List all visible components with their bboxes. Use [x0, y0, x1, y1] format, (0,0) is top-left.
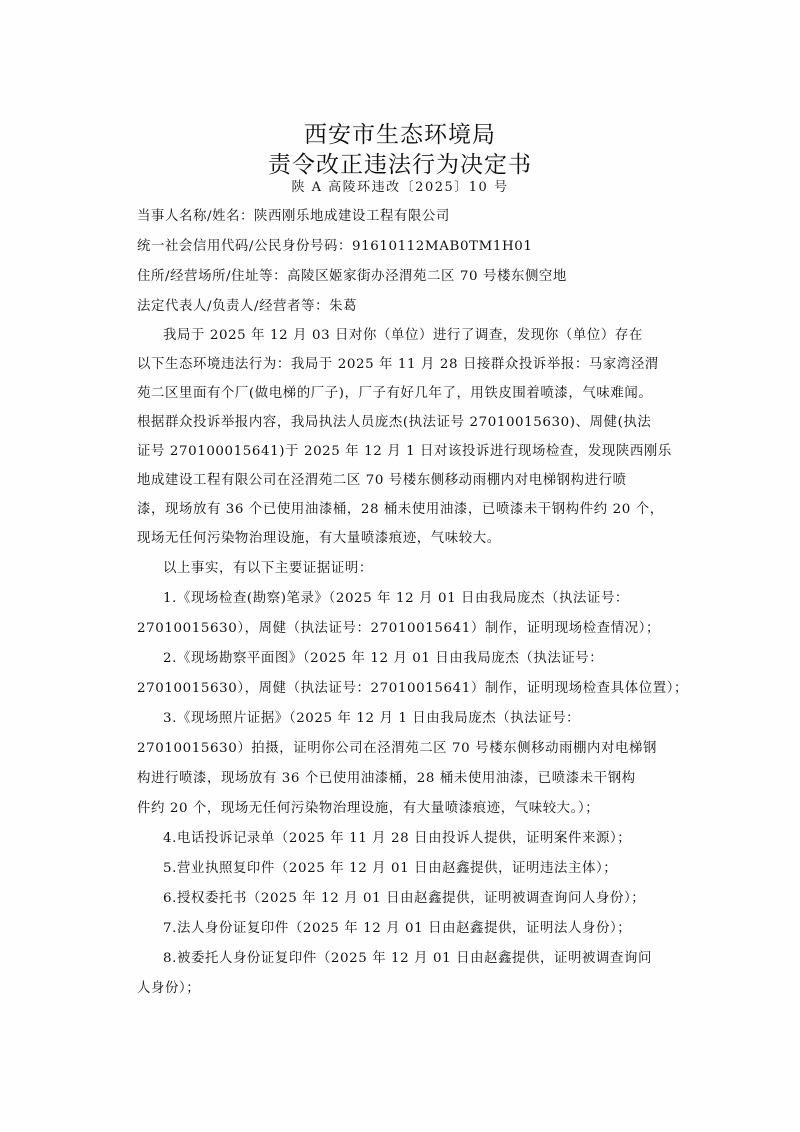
evidence-line: 4.电话投诉记录单（2025 年 11 月 28 日由投诉人提供，证明案件来源）…	[163, 827, 673, 846]
evidence-line: 27010015630），周健（执法证号：27010015641）制作，证明现场…	[137, 617, 673, 636]
evidence-intro: 以上事实，有以下主要证据证明：	[163, 557, 673, 576]
facts-line: 证号 270100015641)于 2025 年 12 月 1 日对该投诉进行现…	[137, 440, 673, 459]
facts-line: 苑二区里面有个厂(做电梯的厂子)，厂子有好几年了，用铁皮围着喷漆，气味难闻。	[137, 382, 673, 401]
evidence-line: 8.被委托人身份证复印件（2025 年 12 月 01 日由赵鑫提供，证明被调查…	[163, 947, 673, 966]
evidence-line: 构进行喷漆，现场放有 36 个已使用油漆桶，28 桶未使用油漆，已喷漆未干钢构	[137, 767, 673, 786]
evidence-line: 27010015630），周健（执法证号：27010015641）制作，证明现场…	[137, 677, 673, 696]
party-address: 住所/经营场所/住址等：高陵区姬家街办泾渭苑二区 70 号楼东侧空地	[137, 265, 673, 284]
evidence-line: 1.《现场检查(勘察)笔录》（2025 年 12 月 01 日由我局庞杰（执法证…	[163, 587, 673, 606]
evidence-line: 7.法人身份证复印件（2025 年 12 月 01 日由赵鑫提供，证明法人身份）…	[163, 917, 673, 936]
document-page: 西安市生态环境局 责令改正违法行为决定书 陕 A 高陵环违改〔2025〕10 号…	[0, 0, 800, 1132]
evidence-line: 3.《现场照片证据》（2025 年 12 月 1 日由我局庞杰（执法证号：	[163, 707, 673, 726]
evidence-line: 人身份）；	[137, 977, 673, 996]
evidence-line: 27010015630）拍摄，证明你公司在泾渭苑二区 70 号楼东侧移动雨棚内对…	[137, 737, 673, 756]
facts-line: 现场无任何污染物治理设施，有大量喷漆痕迹，气味较大。	[137, 527, 673, 546]
party-credit-code: 统一社会信用代码/公民身份号码：91610112MAB0TM1H01	[137, 235, 673, 254]
facts-line: 我局于 2025 年 12 月 03 日对你（单位）进行了调查，发现你（单位）存…	[163, 324, 673, 343]
facts-line: 地成建设工程有限公司在泾渭苑二区 70 号楼东侧移动雨棚内对电梯钢构进行喷	[137, 469, 673, 488]
document-number: 陕 A 高陵环违改〔2025〕10 号	[0, 176, 800, 195]
document-title: 责令改正违法行为决定书	[0, 146, 800, 179]
facts-line: 以下生态环境违法行为：我局于 2025 年 11 月 28 日接群众投诉举报：马…	[137, 353, 673, 372]
evidence-line: 2.《现场勘察平面图》（2025 年 12 月 01 日由我局庞杰（执法证号：	[163, 647, 673, 666]
facts-line: 根据群众投诉举报内容，我局执法人员庞杰(执法证号 27010015630)、周健…	[137, 411, 673, 430]
evidence-line: 6.授权委托书（2025 年 12 月 01 日由赵鑫提供，证明被调查询问人身份…	[163, 887, 673, 906]
evidence-line: 5.营业执照复印件（2025 年 12 月 01 日由赵鑫提供，证明违法主体）；	[163, 857, 673, 876]
party-name: 当事人名称/姓名：陕西刚乐地成建设工程有限公司	[137, 205, 673, 224]
facts-line: 漆，现场放有 36 个已使用油漆桶，28 桶未使用油漆，已喷漆未干钢构件约 20…	[137, 498, 673, 517]
evidence-line: 件约 20 个，现场无任何污染物治理设施，有大量喷漆痕迹，气味较大。）；	[137, 797, 673, 816]
agency-title: 西安市生态环境局	[0, 116, 800, 149]
party-legal-representative: 法定代表人/负责人/经营者等：朱葛	[137, 295, 673, 314]
